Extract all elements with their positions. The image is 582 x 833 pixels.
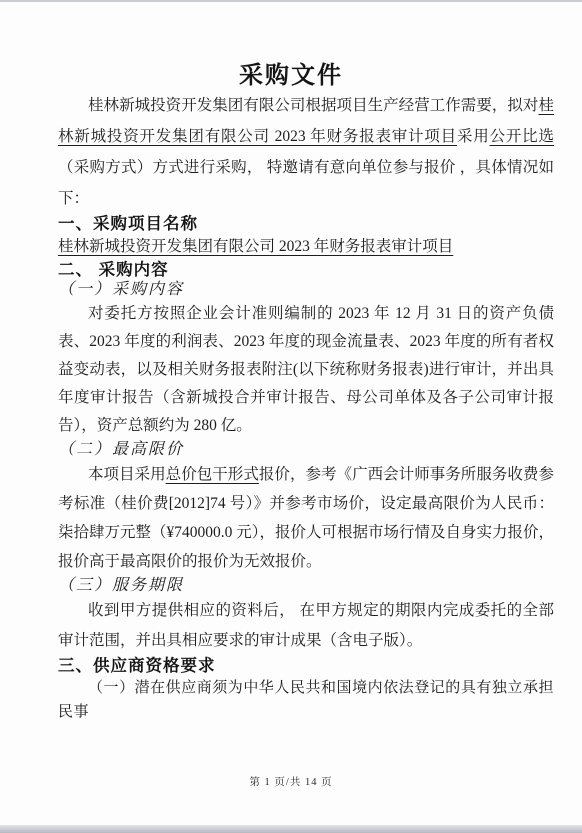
section-3-body: （一）潜在供应商须为中华人民共和国境内依法登记的具有独立承担民事 [58, 676, 554, 724]
subsection-2-1-heading: （一）采购内容 [58, 280, 554, 300]
intro-text-1: 桂林新城投资开发集团有限公司根据项目生产经营工作需要，拟对 [88, 97, 538, 114]
intro-paragraph: 桂林新城投资开发集团有限公司根据项目生产经营工作需要，拟对桂林新城投资开发集团有… [58, 90, 554, 214]
intro-text-3: （采购方式）方式进行采购， 特邀请有意向单位参与报价 ，具体情况如下： [58, 159, 554, 207]
subsection-2-2-body: 本项目采用总价包干形式报价，参考《广西会计师事务所服务收费参考标准（桂价费[20… [58, 460, 554, 576]
document-title: 采购文件 [28, 0, 554, 90]
page-top-edge [0, 0, 582, 2]
subsection-2-1-body: 对委托方按照企业会计准则编制的 2023 年 12 月 31 日的资产负债表、2… [58, 300, 554, 440]
subsection-2-3-heading: （三）服务期限 [58, 576, 554, 596]
intro-text-2: 采用 [457, 128, 490, 145]
intro-underline-procurement-method: 公开比选 [490, 128, 554, 145]
section-2-heading: 二、 采购内容 [58, 260, 554, 280]
document-content: 采购文件 桂林新城投资开发集团有限公司根据项目生产经营工作需要，拟对桂林新城投资… [0, 0, 582, 724]
document-page: 采购文件 桂林新城投资开发集团有限公司根据项目生产经营工作需要，拟对桂林新城投资… [0, 0, 582, 833]
section-1-project-name: 桂林新城投资开发集团有限公司 2023 年财务报表审计项目 [58, 234, 554, 260]
price-form-underline: 总价包干形式 [166, 466, 259, 483]
page-number: 第 1 页/共 14 页 [0, 774, 582, 789]
price-text-1: 本项目采用 [88, 466, 166, 483]
project-name-underline: 桂林新城投资开发集团有限公司 2023 年财务报表审计项目 [58, 238, 453, 255]
subsection-2-3-body: 收到甲方提供相应的资料后， 在甲方规定的期限内完成委托的全部审计范围，并出具相应… [58, 596, 554, 656]
page-bottom-edge [0, 825, 582, 833]
section-3-heading: 三、供应商资格要求 [58, 656, 554, 676]
subsection-2-2-heading: （二）最高限价 [58, 440, 554, 460]
section-1-heading: 一、采购项目名称 [58, 214, 554, 234]
